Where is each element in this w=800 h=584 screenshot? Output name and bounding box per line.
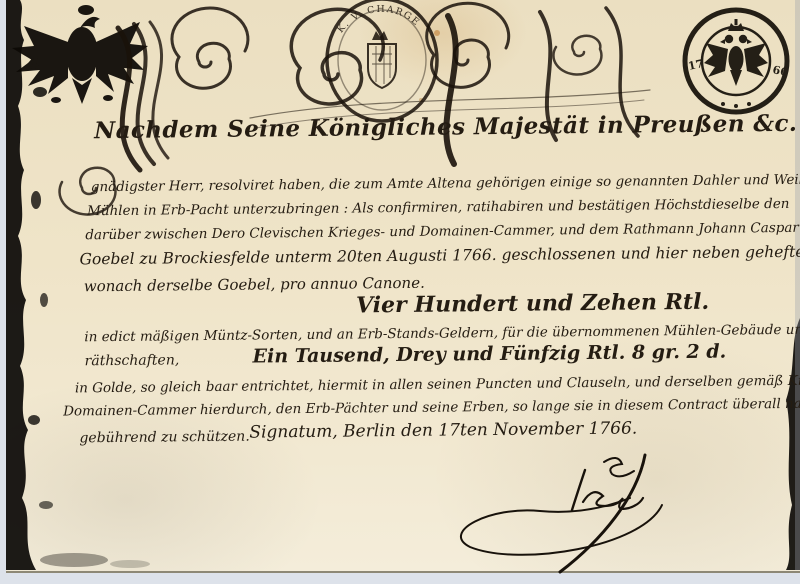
signatum-date-line: Signatum, Berlin den 17ten November 1766… <box>249 419 637 443</box>
heading-line: Nachdem Seine Königliches Majestät in Pr… <box>94 108 800 144</box>
document-photograph: { "photo": { "background_color": "#dde2e… <box>0 0 800 584</box>
stand-money-amount-line: Ein Tausend, Drey und Fünfzig Rtl. 8 gr.… <box>252 341 726 368</box>
body-line-4: darüber zwischen Dero Clevischen Krieges… <box>85 220 799 243</box>
manuscript-text: Nachdem Seine Königliches Majestät in Pr… <box>0 0 800 584</box>
body-line-2: gnädigster Herr, resolviret haben, die z… <box>91 172 800 196</box>
body-line-11: Domainen-Cammer hierdurch, den Erb-Pächt… <box>63 395 800 420</box>
body-line-10: in Golde, so gleich baar entrichtet, hie… <box>75 372 800 396</box>
canon-amount-line: Vier Hundert und Zehen Rtl. <box>356 289 709 319</box>
body-line-5: Goebel zu Brockiesfelde unterm 20ten Aug… <box>79 241 800 269</box>
closing-protect-clause: gebührend zu schützen. <box>79 429 249 447</box>
body-line-9-prefix: räthschaften, <box>85 352 180 369</box>
body-line-3: Mühlen in Erb-Pacht unterzubringen : Als… <box>87 196 790 219</box>
